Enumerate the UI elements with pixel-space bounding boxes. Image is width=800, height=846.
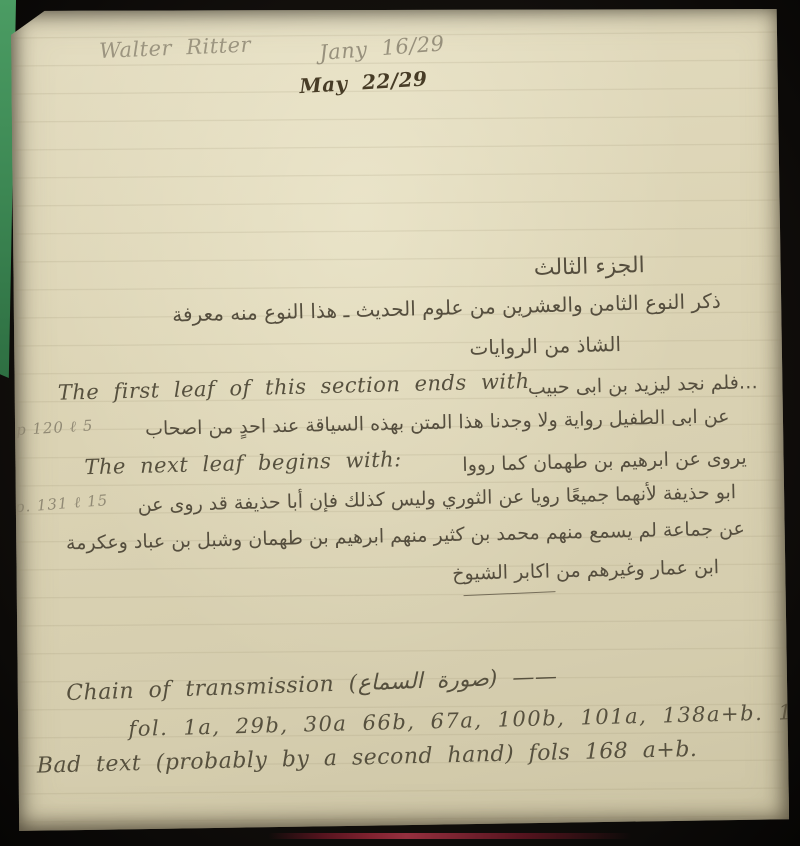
ends-label: The first leaf of this section ends with: [58, 369, 530, 405]
arabic-heading-part: الجزء الثالث: [534, 253, 646, 281]
margin-note-2: p. 131 ℓ 15: [14, 491, 109, 517]
begins-quote-line2: ابو حذيفة لأنهما جميعًا رويا عن الثوري و…: [138, 481, 737, 516]
ends-quote-continuation: عن ابى الطفيل رواية ولا وجدنا هذا المتن …: [145, 405, 730, 440]
folio-list: fol. 1a, 29b, 30a 66b, 67a, 100b, 101a, …: [128, 697, 800, 741]
begins-label: The next leaf begins with:: [84, 447, 402, 479]
chain-of-transmission-label: Chain of transmission (صورة السماع) ——: [66, 664, 558, 706]
ends-quote-arabic: …فلم نجد ليزيد بن ابى حبيب: [527, 371, 758, 399]
scan-background: Walter Ritter Jany 16/29 May 22/29 الجزء…: [0, 0, 800, 846]
arabic-type-line: ذكر النوع الثامن والعشرين من علوم الحديث…: [172, 289, 721, 327]
annotation-name: Walter Ritter: [99, 33, 252, 63]
bad-text-note: Bad text (probably by a second hand) fol…: [36, 737, 697, 779]
annotation-date-first: Jany 16/29: [318, 31, 445, 65]
begins-quote-line4: ابن عمار وغيرهم من اكابر الشيوخ: [452, 556, 719, 585]
underline-flourish: [463, 583, 555, 596]
red-colorbar-mark: [268, 833, 632, 839]
annotation-date-second: May 22/29: [299, 66, 428, 98]
begins-quote-arabic: يروى عن ابرهيم بن طهمان كما رووا: [462, 447, 747, 476]
arabic-type-line2: الشاذ من الروايات: [470, 332, 622, 360]
margin-note-1: p 120 ℓ 5: [16, 416, 94, 440]
document-page: Walter Ritter Jany 16/29 May 22/29 الجزء…: [11, 5, 789, 831]
begins-quote-line3: عن جماعة لم يسمع منهم محمد بن كثير منهم …: [66, 518, 745, 555]
